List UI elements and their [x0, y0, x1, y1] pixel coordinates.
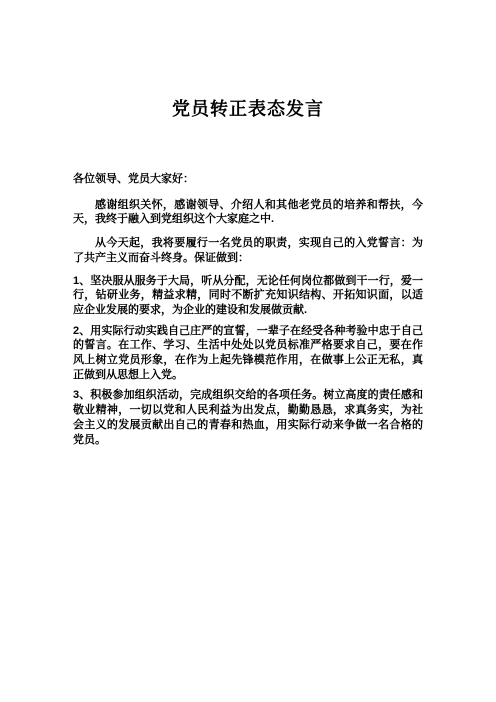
paragraph-thanks: 感谢组织关怀，感谢领导、介绍人和其他老党员的培养和帮扶，今天，我终于融入到党组织…	[73, 198, 423, 227]
document-title: 党员转正表态发言	[73, 98, 423, 120]
document-body: 各位领导、党员大家好： 感谢组织关怀，感谢领导、介绍人和其他老党员的培养和帮扶，…	[73, 172, 423, 447]
list-item-1: 1、坚决服从服务于大局，听从分配，无论任何岗位都做到干一行，爱一行，钻研业务，精…	[73, 274, 423, 318]
list-item-3: 3、积极参加组织活动，完成组织交给的各项任务。树立高度的责任感和敬业精神，一切以…	[73, 388, 423, 447]
list-item-2: 2、用实际行动实践自己庄严的宣誓，一辈子在经受各种考验中忠于自己的誓言。在工作、…	[73, 324, 423, 383]
document-page: 党员转正表态发言 各位领导、党员大家好： 感谢组织关怀，感谢领导、介绍人和其他老…	[0, 0, 496, 702]
greeting-line: 各位领导、党员大家好：	[73, 172, 423, 187]
paragraph-pledge: 从今天起，我将要履行一名党员的职责，实现自己的入党誓言：为了共产主义而奋斗终身。…	[73, 236, 423, 265]
